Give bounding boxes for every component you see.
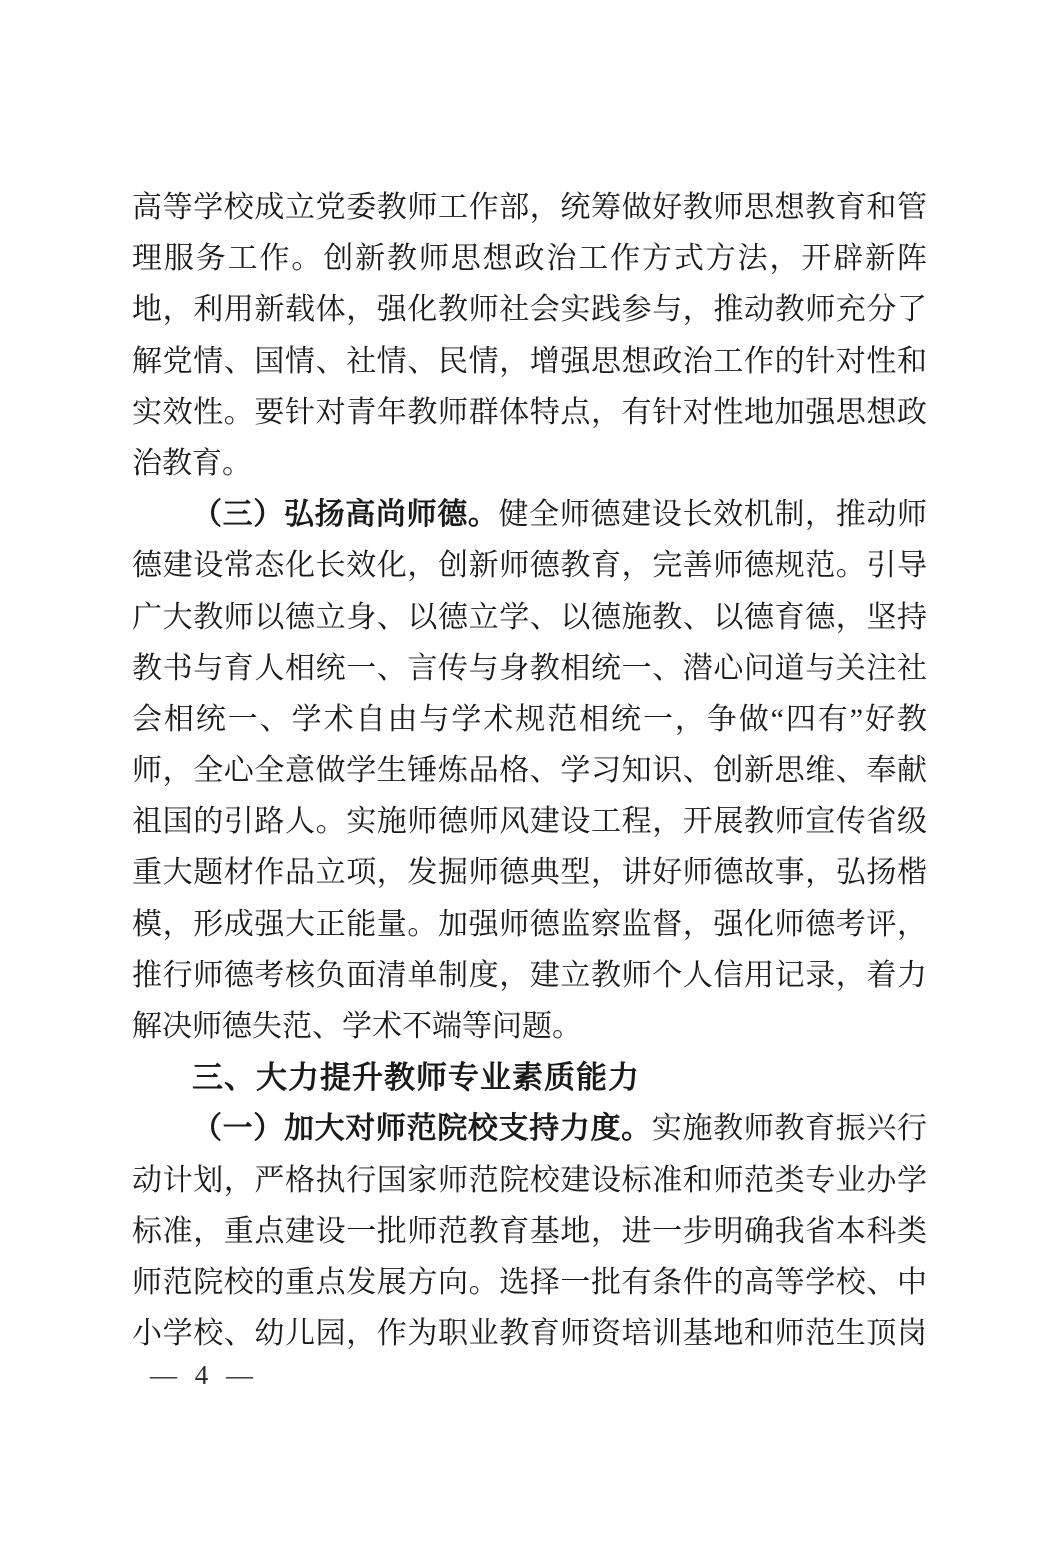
text-line: 祖国的引路人。实施师德师风建设工程，开展教师宣传省级	[132, 796, 927, 847]
body-text-run: 解党情、国情、社情、民情，增强思想政治工作的针对性和	[132, 345, 927, 378]
body-text-run: 地，利用新载体，强化教师社会实践参与，推动教师充分了	[132, 293, 927, 326]
text-line: 实效性。要针对青年教师群体特点，有针对性地加强思想政	[132, 387, 927, 438]
body-text-run: 实施教师教育振兴行	[652, 1112, 927, 1145]
text-line: 重大题材作品立项，发掘师德典型，讲好师德故事，弘扬楷	[132, 847, 927, 898]
text-line: 高等学校成立党委教师工作部，统筹做好教师思想教育和管	[132, 182, 927, 233]
text-line: 动计划，严格执行国家师范院校建设标准和师范类专业办学	[132, 1155, 927, 1206]
body-text-run: 治教育。	[132, 447, 252, 480]
text-line: 教书与育人相统一、言传与身教相统一、潜心问道与关注社	[132, 643, 927, 694]
text-line: 解决师德失范、学术不端等问题。	[132, 1001, 927, 1052]
paragraph-lead-text: （三）弘扬高尚师德。	[192, 498, 499, 531]
text-line: 三、大力提升教师专业素质能力	[132, 1052, 927, 1103]
text-line: 解党情、国情、社情、民情，增强思想政治工作的针对性和	[132, 336, 927, 387]
body-text-run: 教书与育人相统一、言传与身教相统一、潜心问道与关注社	[132, 652, 927, 685]
text-line: 地，利用新载体，强化教师社会实践参与，推动教师充分了	[132, 284, 927, 335]
text-line: 小学校、幼儿园，作为职业教育师资培训基地和师范生顶岗	[132, 1308, 927, 1359]
body-text-run: 理服务工作。创新教师思想政治工作方式方法，开辟新阵	[132, 242, 927, 275]
text-line: 会相统一、学术自由与学术规范相统一，争做“四有”好教	[132, 694, 927, 745]
body-text-run: 德建设常态化长效化，创新师德教育，完善师德规范。引导	[132, 549, 927, 582]
text-line: （三）弘扬高尚师德。健全师德建设长效机制，推动师	[132, 489, 927, 540]
body-text-run: 师，全心全意做学生锤炼品格、学习知识、创新思维、奉献	[132, 754, 927, 787]
document-page: 高等学校成立党委教师工作部，统筹做好教师思想教育和管理服务工作。创新教师思想政治…	[0, 0, 1059, 1554]
body-text-run: 广大教师以德立身、以德立学、以德施教、以德育德，坚持	[132, 601, 927, 634]
body-text-run: 祖国的引路人。实施师德师风建设工程，开展教师宣传省级	[132, 805, 927, 838]
paragraph-item-one: （一）加大对师范院校支持力度。实施教师教育振兴行动计划，严格执行国家师范院校建设…	[132, 1103, 927, 1359]
body-text-run: 实效性。要针对青年教师群体特点，有针对性地加强思想政	[132, 396, 927, 429]
body-text-run: 动计划，严格执行国家师范院校建设标准和师范类专业办学	[132, 1164, 927, 1197]
body-text-run: 师范院校的重点发展方向。选择一批有条件的高等学校、中	[132, 1266, 927, 1299]
section-heading-three: 三、大力提升教师专业素质能力	[132, 1052, 927, 1103]
text-line: 治教育。	[132, 438, 927, 489]
text-line: 师范院校的重点发展方向。选择一批有条件的高等学校、中	[132, 1257, 927, 1308]
text-line: 师，全心全意做学生锤炼品格、学习知识、创新思维、奉献	[132, 745, 927, 796]
text-line: 标准，重点建设一批师范教育基地，进一步明确我省本科类	[132, 1206, 927, 1257]
section-heading-text: 三、大力提升教师专业素质能力	[192, 1060, 640, 1095]
body-text-run: 会相统一、学术自由与学术规范相统一，争做“四有”好教	[132, 703, 927, 736]
body-text-run: 健全师德建设长效机制，推动师	[499, 498, 927, 531]
paragraph-lead-text: （一）加大对师范院校支持力度。	[192, 1112, 652, 1145]
body-text-run: 标准，重点建设一批师范教育基地，进一步明确我省本科类	[132, 1215, 927, 1248]
document-body: 高等学校成立党委教师工作部，统筹做好教师思想教育和管理服务工作。创新教师思想政治…	[132, 182, 927, 1359]
text-line: 广大教师以德立身、以德立学、以德施教、以德育德，坚持	[132, 592, 927, 643]
page-number: — 4 —	[150, 1356, 253, 1394]
body-text-run: 模，形成强大正能量。加强师德监察监督，强化师德考评，	[132, 908, 927, 941]
text-line: 模，形成强大正能量。加强师德监察监督，强化师德考评，	[132, 899, 927, 950]
body-text-run: 解决师德失范、学术不端等问题。	[132, 1010, 582, 1043]
body-text-run: 小学校、幼儿园，作为职业教育师资培训基地和师范生顶岗	[132, 1317, 927, 1350]
body-text-run: 推行师德考核负面清单制度，建立教师个人信用记录，着力	[132, 959, 927, 992]
text-line: （一）加大对师范院校支持力度。实施教师教育振兴行	[132, 1103, 927, 1154]
paragraph-continuation: 高等学校成立党委教师工作部，统筹做好教师思想教育和管理服务工作。创新教师思想政治…	[132, 182, 927, 489]
text-line: 推行师德考核负面清单制度，建立教师个人信用记录，着力	[132, 950, 927, 1001]
paragraph-item-three: （三）弘扬高尚师德。健全师德建设长效机制，推动师德建设常态化长效化，创新师德教育…	[132, 489, 927, 1052]
text-line: 理服务工作。创新教师思想政治工作方式方法，开辟新阵	[132, 233, 927, 284]
body-text-run: 重大题材作品立项，发掘师德典型，讲好师德故事，弘扬楷	[132, 856, 927, 889]
text-line: 德建设常态化长效化，创新师德教育，完善师德规范。引导	[132, 540, 927, 591]
body-text-run: 高等学校成立党委教师工作部，统筹做好教师思想教育和管	[132, 191, 927, 224]
